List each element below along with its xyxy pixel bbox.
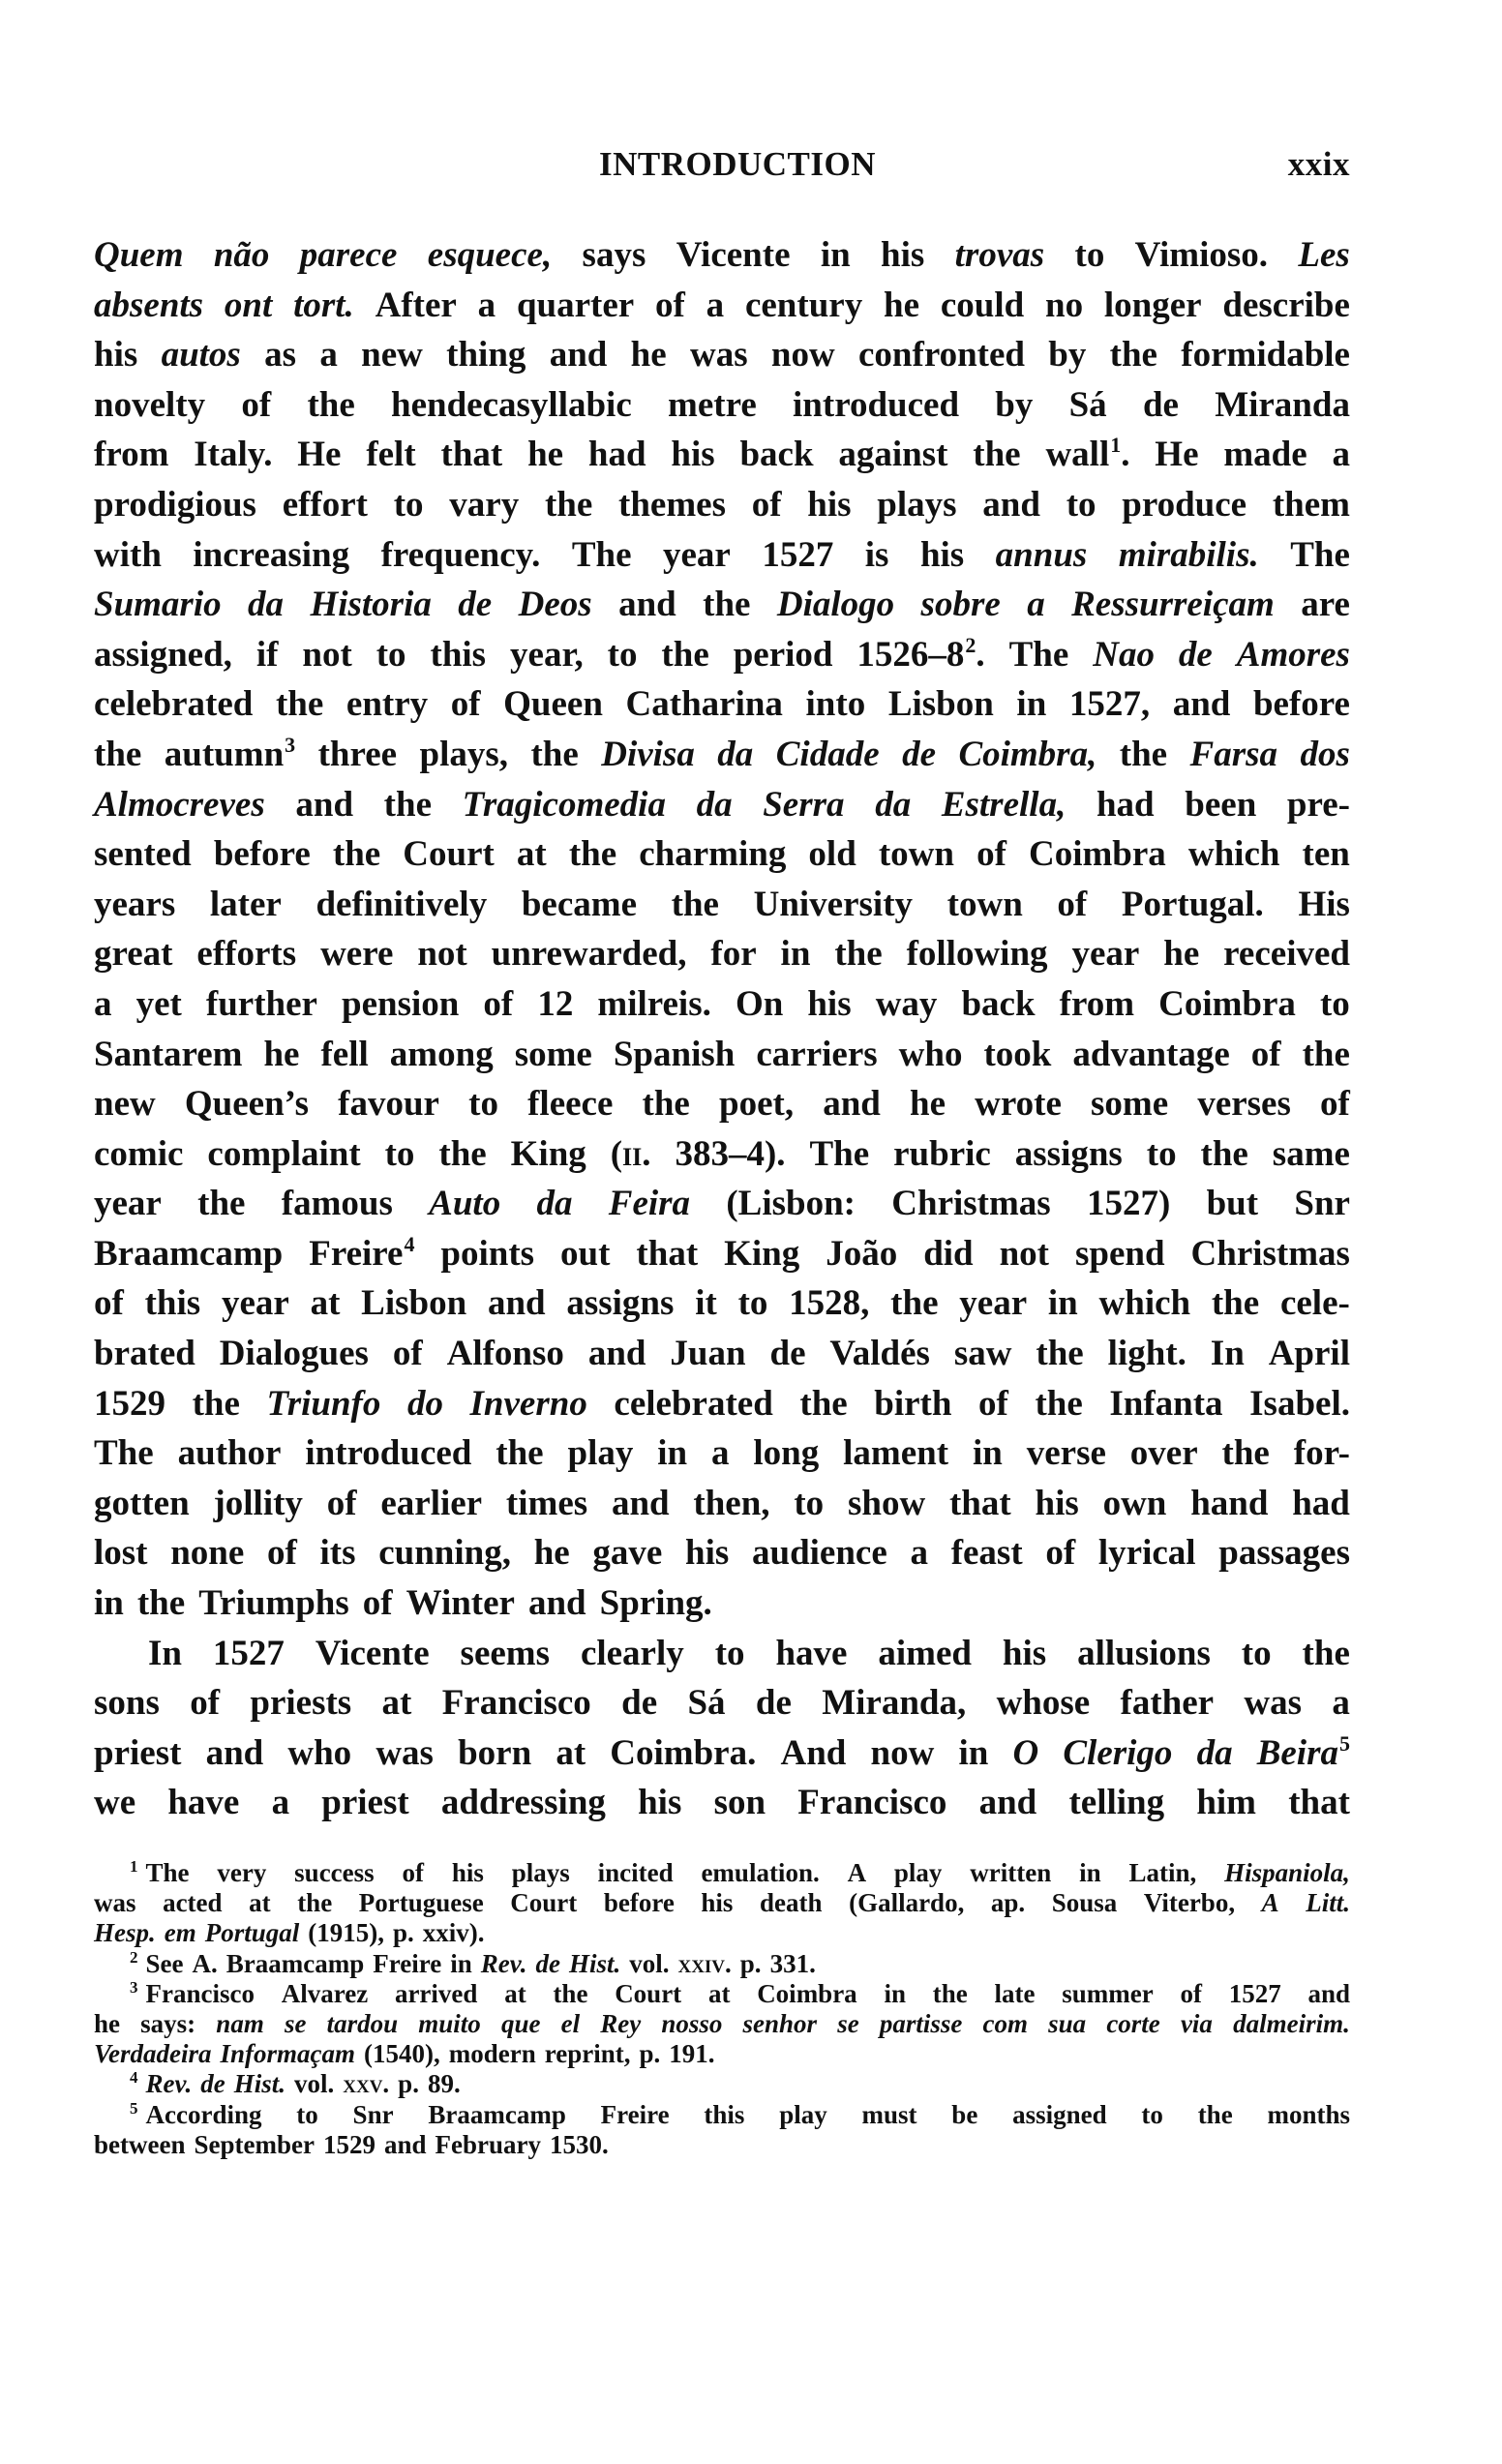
word: the: [333, 829, 380, 880]
word: Cidade: [776, 730, 880, 780]
word: earlier: [380, 1479, 482, 1529]
word: into: [806, 679, 866, 730]
word: Quem: [94, 230, 184, 281]
text-run: xxiv.: [677, 1949, 731, 1978]
text-run: 383–4).: [675, 1134, 785, 1174]
word: 89.: [428, 2069, 461, 2099]
text-run: and: [295, 785, 353, 825]
word: whose: [997, 1678, 1091, 1728]
word: of: [327, 1479, 357, 1529]
word: muito: [418, 2009, 481, 2039]
italic-text: Ressurreiçam: [1071, 585, 1275, 624]
word: and: [823, 1079, 881, 1129]
word: his: [1036, 1479, 1079, 1529]
text-run: to: [1075, 235, 1105, 275]
word: absents: [94, 281, 203, 331]
word: of: [190, 1678, 220, 1728]
word: must: [862, 2100, 917, 2130]
word: cele-: [1280, 1278, 1350, 1329]
text-run: the: [890, 1283, 938, 1323]
text-run: for: [710, 934, 756, 974]
body-line: Quemnãopareceesquece,saysVicenteinhistro…: [94, 230, 1350, 281]
text-run: plays,: [420, 735, 509, 774]
italic-text: nosso: [661, 2009, 722, 2038]
word: effort: [283, 480, 368, 530]
body-line: ayetfurtherpensionof12milreis.Onhiswayba…: [94, 979, 1350, 1030]
word: Queen: [503, 679, 603, 730]
word: death: [760, 1888, 823, 1918]
text-run: late: [994, 1979, 1035, 2008]
word: April: [1269, 1329, 1350, 1379]
text-run: of: [267, 1533, 297, 1573]
text-run: autumn: [165, 735, 284, 774]
word: that: [636, 1229, 698, 1279]
word: nam: [216, 2009, 264, 2039]
text-run: to: [296, 2100, 318, 2129]
word: times: [506, 1479, 587, 1529]
word: de: [902, 730, 936, 780]
italic-text: O: [1012, 1733, 1038, 1773]
text-run: metre: [668, 385, 757, 425]
word: old: [808, 829, 856, 880]
text-run: long: [753, 1433, 819, 1473]
word: the: [643, 1079, 690, 1129]
word: tardou: [327, 2009, 399, 2039]
word: themes: [618, 480, 726, 530]
text-run: the: [1222, 1433, 1270, 1473]
italic-text: tardou: [327, 2009, 399, 2038]
text-run: and: [1173, 684, 1231, 724]
word: it: [695, 1278, 717, 1329]
word: Coimbra: [757, 1979, 857, 2009]
text-run: In: [148, 1634, 182, 1673]
italic-text: absents: [94, 285, 203, 325]
text-run: at: [311, 1283, 341, 1323]
text-run: no: [1045, 285, 1083, 325]
word: in: [1079, 1858, 1101, 1888]
text-run: ii.: [622, 1134, 651, 1174]
word: gave: [592, 1528, 662, 1578]
word: vol.: [294, 2069, 334, 2099]
text-run: was: [690, 335, 748, 375]
word: clearly: [581, 1629, 684, 1679]
text-run: Sá: [687, 1683, 725, 1723]
italic-text: Inverno: [470, 1384, 587, 1424]
word: Coimbra: [1029, 829, 1166, 880]
italic-text: Estrella,: [942, 785, 1066, 825]
text-run: pension: [342, 984, 459, 1024]
word: (1540),: [364, 2039, 440, 2069]
word: and: [612, 1479, 670, 1529]
text-run: Latin,: [1128, 1858, 1196, 1887]
word: of: [1045, 1528, 1075, 1578]
text-run: back: [961, 984, 1035, 1024]
word: in: [1016, 679, 1046, 730]
text-run: in: [1079, 1858, 1101, 1887]
text-run: Coimbra: [757, 1979, 857, 2008]
body-line: hisautosasanewthingandhewasnowconfronted…: [94, 330, 1350, 380]
text-run: his: [807, 485, 851, 525]
text-run: and: [982, 485, 1040, 525]
footnote-line: 4Rev.deHist.vol.xxv.p.89.: [94, 2069, 1350, 2099]
italic-text: Hist.: [234, 2069, 285, 2098]
word: Braamcamp: [428, 2100, 565, 2130]
word: partisse: [880, 2009, 963, 2039]
word: and: [206, 1728, 264, 1779]
text-run: gave: [592, 1533, 662, 1573]
word: in: [958, 1728, 988, 1779]
footnote-marker: 2: [130, 1948, 138, 1967]
word: lost: [94, 1528, 148, 1578]
text-run: Valdés: [829, 1334, 930, 1373]
word: long: [753, 1428, 819, 1479]
text-run: in: [973, 1433, 1003, 1473]
text-run: as: [264, 335, 296, 375]
italic-text: tort.: [293, 285, 354, 325]
footnote-line: 5AccordingtoSnrBraamcampFreirethisplaymu…: [94, 2100, 1350, 2130]
word: is: [865, 530, 889, 581]
word: After: [375, 281, 457, 331]
word: his: [1003, 1629, 1046, 1679]
text-run: we: [94, 1783, 135, 1822]
text-run: to: [468, 1084, 498, 1124]
text-run: Queen: [503, 684, 603, 724]
text-run: Portugal.: [1122, 885, 1264, 924]
text-run: In: [1211, 1334, 1245, 1373]
word: novelty: [94, 380, 205, 431]
word: his: [881, 230, 924, 281]
word: to: [468, 1079, 498, 1129]
text-run: must: [862, 2100, 917, 2129]
word: from: [1060, 979, 1134, 1030]
text-run: reprint,: [545, 2039, 631, 2068]
text-run: He: [1155, 435, 1198, 474]
word: Francisco: [442, 1678, 591, 1728]
word: Miranda: [1215, 380, 1350, 431]
word: of: [451, 679, 481, 730]
word: 1529: [323, 2130, 375, 2160]
text-run: town: [947, 885, 1023, 924]
italic-text: Serra: [763, 785, 844, 825]
word: Snr: [353, 2100, 394, 2130]
text-run: the: [384, 785, 432, 825]
italic-text: da: [717, 735, 753, 774]
text-run: Christmas: [891, 1184, 1050, 1223]
text-run: Vicente: [676, 235, 791, 275]
word: to: [1141, 2100, 1163, 2130]
text-run: to: [794, 1484, 824, 1523]
word: p.: [640, 2039, 661, 2069]
text-run: not: [302, 635, 351, 675]
text-run: On: [736, 984, 783, 1024]
text-run: says: [583, 235, 646, 275]
word: his: [807, 979, 851, 1030]
text-run: and: [384, 2130, 427, 2159]
text-run: at: [556, 1733, 586, 1773]
word: Court: [615, 1979, 681, 2009]
word: a: [272, 1778, 290, 1828]
footnote-line: 2SeeA.BraamcampFreireinRev.deHist.vol.xx…: [94, 1949, 1350, 1979]
word: he: [94, 2009, 120, 2039]
word: assigned: [1012, 2100, 1107, 2130]
word: of: [1320, 1079, 1350, 1129]
word: modern: [449, 2039, 536, 2069]
text-run: new: [361, 335, 423, 375]
text-run: the: [297, 1888, 332, 1917]
text-run: plays: [512, 1858, 570, 1887]
word: xxv.: [343, 2069, 389, 2099]
word: thing: [446, 330, 526, 380]
word: 191.: [669, 2039, 714, 2069]
text-run: introduced: [793, 385, 959, 425]
word: and: [982, 480, 1040, 530]
word: summer: [1062, 1979, 1153, 2009]
text-run: new: [94, 1084, 156, 1124]
word: annus: [996, 530, 1088, 581]
text-run: introduced: [305, 1433, 471, 1473]
text-run: poet,: [719, 1084, 794, 1124]
text-run: felt: [366, 435, 415, 474]
word: The: [810, 1129, 870, 1180]
body-line: gottenjollityofearliertimesandthen,tosho…: [94, 1479, 1350, 1529]
text-run: ap.: [991, 1888, 1025, 1917]
footnote-marker: 4: [404, 1232, 414, 1256]
word: been: [1185, 780, 1256, 830]
text-run: His: [1298, 885, 1349, 924]
text-run: University: [754, 885, 913, 924]
text-run: sons: [94, 1683, 160, 1723]
text-run: wrote: [975, 1084, 1062, 1124]
word: de: [200, 2069, 225, 2099]
word: against: [838, 430, 947, 480]
italic-text: Sumario: [94, 585, 222, 624]
text-run: 1530.: [550, 2130, 609, 2159]
word: Alfonso: [447, 1329, 564, 1379]
word: Hist.: [234, 2069, 285, 2099]
text-run: into: [806, 684, 866, 724]
word: pension: [342, 979, 459, 1030]
word: produce: [1122, 480, 1247, 530]
word: Tragicomedia: [463, 780, 666, 830]
text-run: prodigious: [94, 485, 256, 525]
word: In: [1211, 1329, 1245, 1379]
text-run: de: [621, 1683, 657, 1723]
text-run: p.: [398, 2069, 419, 2098]
text-run: And: [781, 1733, 847, 1773]
text-run: 1529: [94, 1384, 165, 1424]
text-run: of: [190, 1683, 220, 1723]
body-line: greateffortswerenotunrewarded,forinthefo…: [94, 929, 1350, 979]
text-run: 1527,: [1069, 684, 1150, 724]
text-run: none: [170, 1533, 244, 1573]
text-run: Court: [615, 1979, 681, 2008]
text-run: his: [638, 1783, 681, 1822]
word: the: [197, 1179, 245, 1229]
text-run: the: [1198, 2100, 1233, 2129]
text-run: gotten: [94, 1484, 190, 1523]
word: metre: [668, 380, 757, 431]
text-run: town: [879, 834, 954, 874]
text-run: plays: [877, 485, 956, 525]
body-text: Quemnãopareceesquece,saysVicenteinhistro…: [94, 230, 1350, 1828]
text-run: year: [959, 1283, 1027, 1323]
word: its: [320, 1528, 356, 1578]
word: not: [302, 630, 351, 680]
word: his: [94, 330, 137, 380]
text-run: and: [618, 585, 676, 624]
word: yet: [136, 979, 182, 1030]
word: to: [738, 1278, 768, 1329]
text-run: the: [496, 1433, 543, 1473]
word: Spring.: [600, 1578, 712, 1629]
word: Historia: [310, 580, 431, 630]
word: Alvarez: [282, 1979, 368, 2009]
italic-text: de: [535, 1949, 559, 1978]
word: his: [685, 1528, 729, 1578]
text-run: at: [382, 1683, 412, 1723]
word: Coimbra: [1158, 979, 1296, 1030]
text-run: to: [1242, 1634, 1272, 1673]
word: had: [1096, 780, 1155, 830]
word: the: [933, 1979, 968, 2009]
text-run: 89.: [428, 2069, 461, 2098]
text-run: year: [222, 1283, 289, 1323]
word: were: [320, 929, 393, 979]
italic-text: de: [458, 585, 492, 624]
text-run: 12: [537, 984, 573, 1024]
word: century: [745, 281, 862, 331]
text-run: the: [1212, 1283, 1259, 1323]
text-run: been: [1185, 785, 1256, 825]
italic-text: mirabilis.: [1119, 535, 1259, 575]
footnote-marker: 5: [130, 2099, 138, 2118]
text-run: de: [770, 1334, 806, 1373]
word: de: [458, 580, 492, 630]
text-run: Vimioso.: [1135, 235, 1268, 275]
text-run: lyrical: [1098, 1533, 1196, 1573]
text-run: of: [94, 1283, 124, 1323]
text-run: assigns: [566, 1283, 674, 1323]
italic-text: senhor: [743, 2009, 818, 2038]
word: addressing: [441, 1778, 606, 1828]
text-run: Queen’s: [185, 1084, 309, 1124]
text-run: from: [94, 435, 168, 474]
italic-text: não: [214, 235, 270, 275]
text-run: out: [560, 1234, 610, 1274]
italic-text: Beira: [1257, 1733, 1338, 1773]
word: in: [94, 1578, 124, 1629]
word: the: [530, 730, 578, 780]
word: same: [1273, 1129, 1350, 1180]
word: corte: [1106, 2009, 1159, 2039]
word: cunning,: [378, 1528, 511, 1578]
word: a: [711, 1428, 730, 1479]
text-run: the: [276, 684, 323, 724]
word: he: [631, 330, 667, 380]
text-run: between: [94, 2130, 185, 2159]
text-run: telling: [1068, 1783, 1164, 1822]
body-line: assigned,ifnottothisyear,totheperiod1526…: [94, 630, 1350, 680]
word: Estrella,: [942, 780, 1066, 830]
text-run: produce: [1122, 485, 1247, 525]
body-line: celebratedtheentryofQueenCatharinaintoLi…: [94, 679, 1350, 730]
word: autos: [162, 330, 241, 380]
word: 1526–82.: [856, 630, 984, 680]
word: And: [781, 1728, 847, 1779]
body-line: lostnoneofitscunning,hegavehisaudienceaf…: [94, 1528, 1350, 1578]
italic-text: da: [875, 785, 911, 825]
text-run: sented: [94, 834, 192, 874]
word: charming: [639, 829, 786, 880]
text-run: of: [451, 684, 481, 724]
text-run: same: [1273, 1134, 1350, 1174]
word: at: [249, 1888, 271, 1918]
text-run: are: [1301, 585, 1350, 624]
word: nosso: [661, 2009, 722, 2039]
body-line: newQueen’sfavourtofleecethepoet,andhewro…: [94, 1079, 1350, 1129]
text-run: .: [976, 635, 984, 675]
word: Lisbon: [888, 679, 994, 730]
word: via: [1181, 2009, 1213, 2039]
word: allusions: [1077, 1629, 1211, 1679]
word: de: [756, 1678, 792, 1728]
text-run: to: [394, 485, 424, 525]
text-run: which: [1099, 1283, 1191, 1323]
word: that: [1288, 1778, 1350, 1828]
word: this: [145, 1278, 201, 1329]
text-run: back: [739, 435, 813, 474]
body-line: BraamcampFreire4pointsoutthatKingJoãodid…: [94, 1229, 1350, 1279]
text-run: complaint: [207, 1134, 360, 1174]
text-run: which: [1188, 834, 1280, 874]
text-run: the: [1303, 1634, 1350, 1673]
text-run: and: [550, 335, 608, 375]
text-run: before: [604, 1888, 675, 1917]
word: reprint,: [545, 2039, 631, 2069]
word: years: [94, 880, 175, 930]
word: not: [1000, 1229, 1049, 1279]
text-run: then,: [693, 1484, 769, 1523]
text-run: at: [708, 1979, 731, 2008]
word: of: [241, 380, 271, 431]
text-run: milreis.: [597, 984, 711, 1024]
text-run: and: [528, 1583, 586, 1623]
word: longer: [1104, 281, 1202, 331]
text-run: the: [307, 385, 354, 425]
italic-text: de: [1179, 635, 1213, 675]
body-line: prodigiousefforttovarythethemesofhisplay…: [94, 480, 1350, 530]
word: carriers: [756, 1030, 877, 1080]
word: Santarem: [94, 1030, 242, 1080]
text-run: frequency.: [381, 535, 541, 575]
word: light.: [1108, 1329, 1187, 1379]
text-run: the: [1035, 1384, 1082, 1424]
word: University: [754, 880, 913, 930]
footnote-line: hesays:namsetardoumuitoqueelReynossosenh…: [94, 2009, 1350, 2039]
text-run: show: [848, 1484, 925, 1523]
word: at: [708, 1979, 731, 2009]
text-run: death: [760, 1888, 823, 1917]
text-run: of: [1045, 1533, 1075, 1573]
word: assigns: [566, 1278, 674, 1329]
text-run: of: [1320, 1084, 1350, 1124]
word: pre-: [1287, 780, 1350, 830]
italic-text: Rev.: [146, 2069, 193, 2098]
word: that: [441, 430, 503, 480]
word: father: [1121, 1678, 1215, 1728]
word: of: [267, 1528, 297, 1578]
word: se: [285, 2009, 307, 2039]
